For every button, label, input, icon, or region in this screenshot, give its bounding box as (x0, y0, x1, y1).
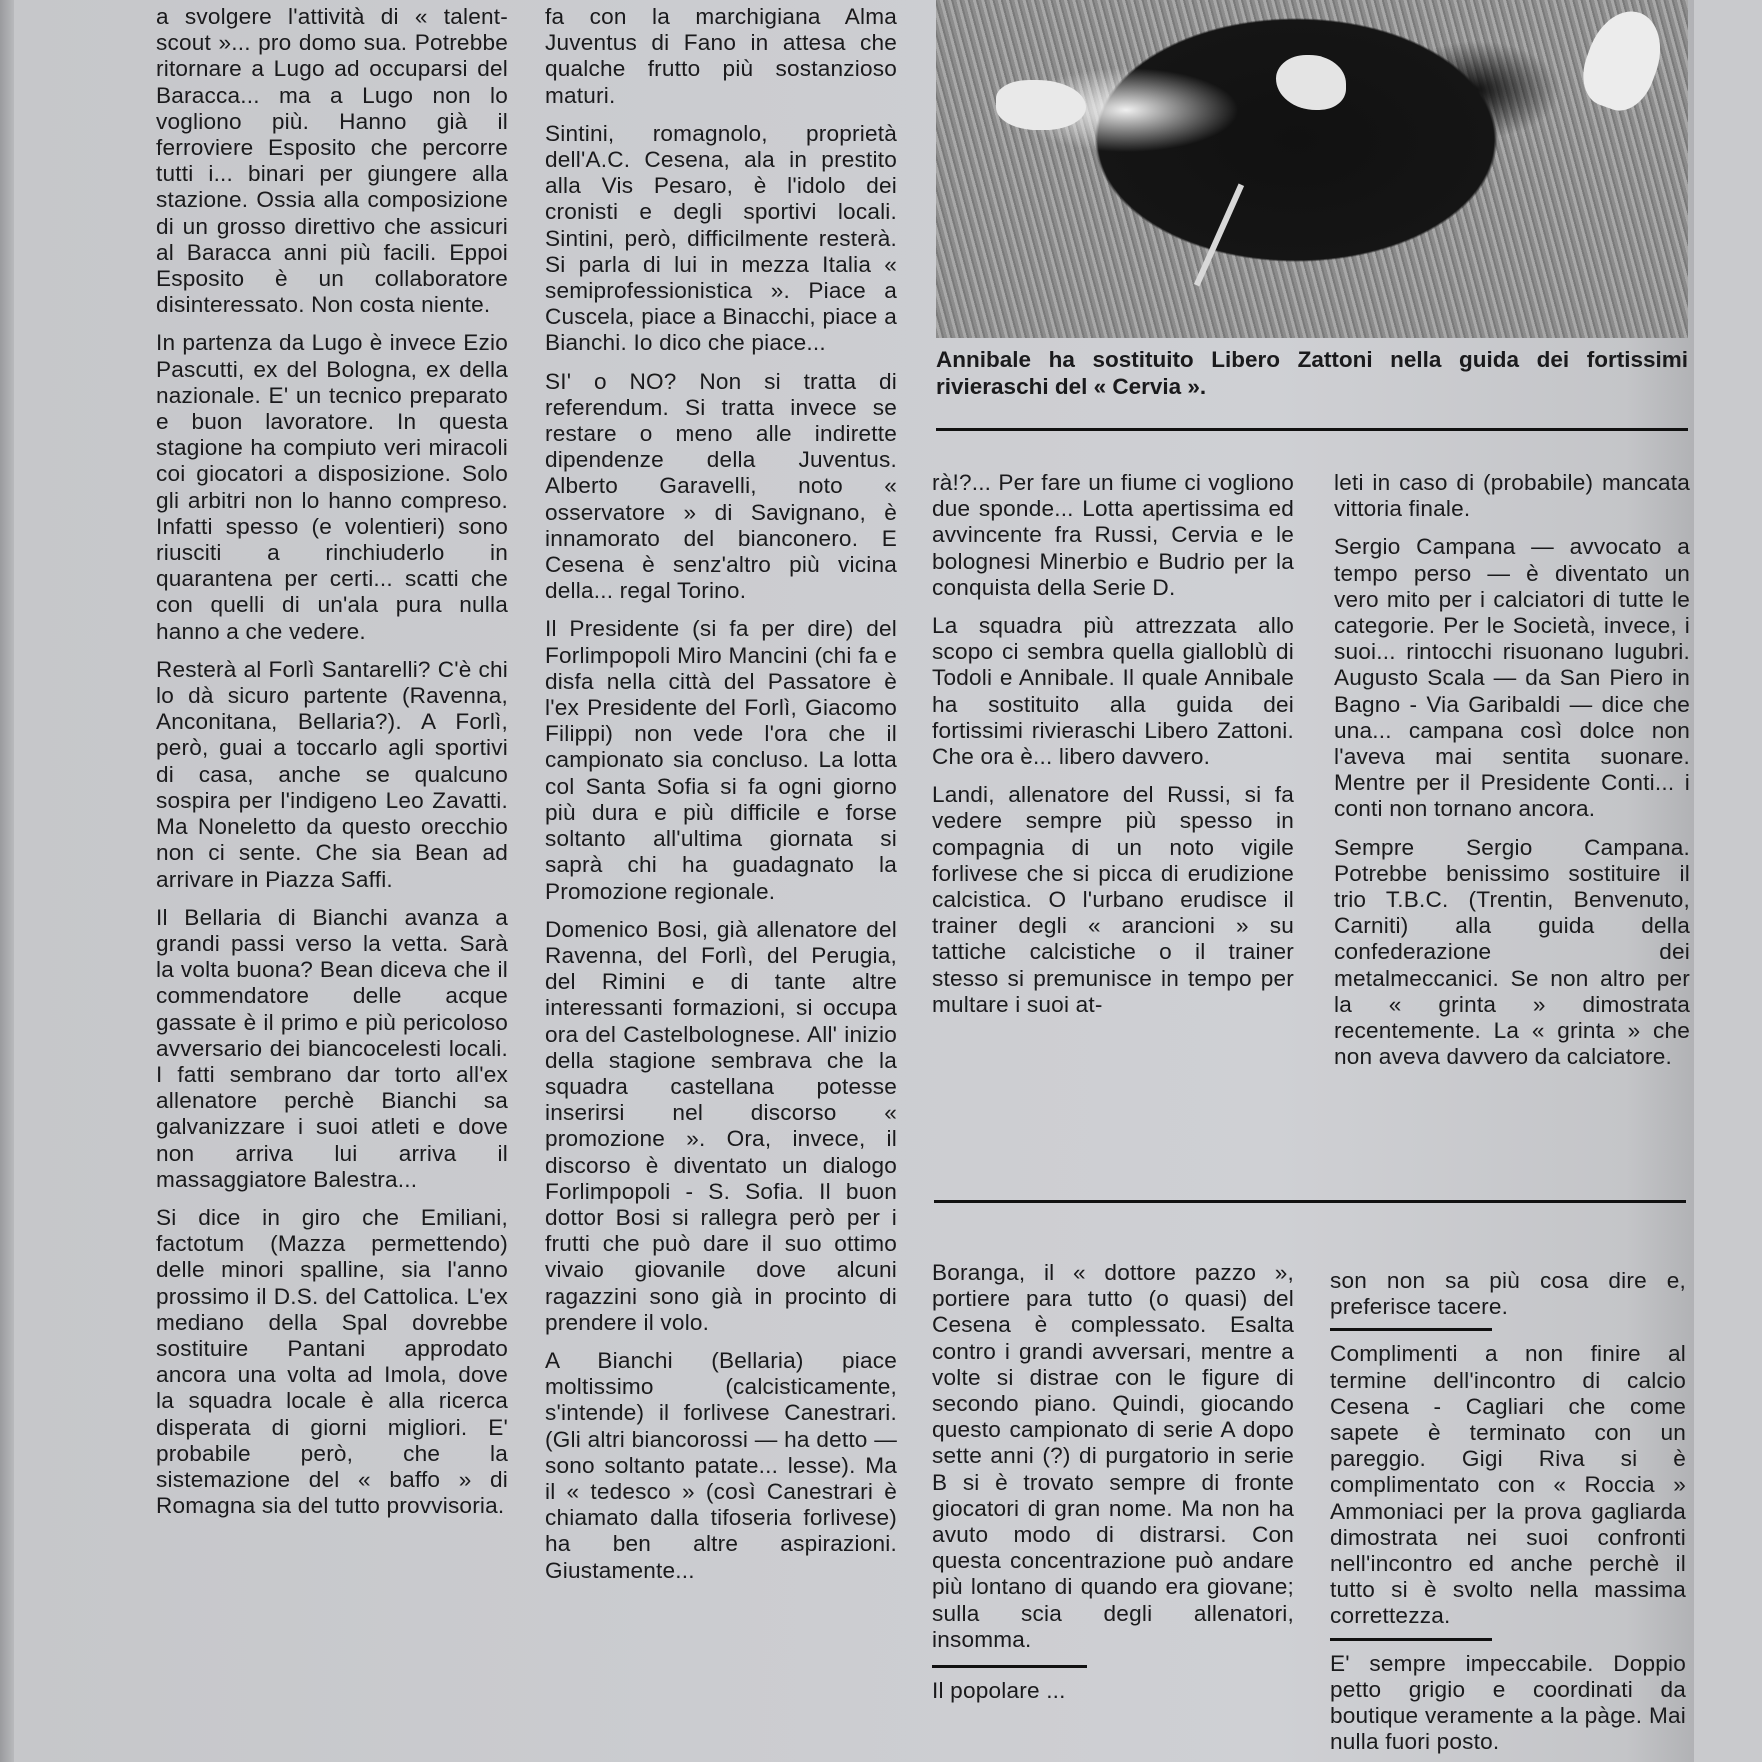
paragraph: SI' o NO? Non si tratta di referendum. S… (545, 369, 897, 605)
column-4-middle: leti in caso di (probabile) mancata vitt… (1334, 470, 1690, 1082)
page-spine (0, 0, 14, 1762)
paragraph: Sergio Campana — avvocato a tempo perso … (1334, 534, 1690, 822)
paragraph-divider (932, 1665, 1087, 1668)
paragraph: In partenza da Lugo è invece Ezio Pascut… (156, 330, 508, 644)
photo-caption: Annibale ha sostituito Libero Zattoni ne… (936, 346, 1688, 400)
paragraph-divider (1330, 1638, 1492, 1641)
section-divider (934, 1200, 1686, 1203)
paragraph: a svolgere l'attività di « talent-scout … (156, 4, 508, 318)
photo-shoe (1573, 1, 1673, 119)
paragraph: Sempre Sergio Campana. Potrebbe benissim… (1334, 835, 1690, 1071)
paragraph: A Bianchi (Bellaria) piace moltissimo (c… (545, 1348, 897, 1584)
photo-annibale (936, 0, 1688, 338)
paragraph: Il popolare ... (932, 1678, 1294, 1704)
photo-tracksuit-stripe (1194, 184, 1244, 287)
section-divider (936, 428, 1688, 431)
column-1: a svolgere l'attività di « talent-scout … (156, 4, 508, 1531)
paragraph: leti in caso di (probabile) mancata vitt… (1334, 470, 1690, 522)
paragraph: La squadra più attrezzata allo scopo ci … (932, 613, 1294, 770)
paragraph: E' sempre impeccabile. Doppio petto grig… (1330, 1651, 1686, 1756)
column-4-bottom: son non sa più cosa dire e, preferisce t… (1330, 1268, 1686, 1762)
paragraph: Domenico Bosi, già allenatore del Ravenn… (545, 917, 897, 1336)
paragraph: Resterà al Forlì Santarelli? C'è chi lo … (156, 657, 508, 893)
paragraph: Boranga, il « dottore pazzo », portiere … (932, 1260, 1294, 1653)
paragraph: Il Bellaria di Bianchi avanza a grandi p… (156, 905, 508, 1193)
paragraph-divider (1330, 1328, 1492, 1331)
paragraph: Landi, allenatore del Russi, si fa veder… (932, 782, 1294, 1018)
column-3-bottom: Boranga, il « dottore pazzo », portiere … (932, 1260, 1294, 1716)
paragraph: Sintini, romagnolo, proprietà dell'A.C. … (545, 121, 897, 357)
photo-hand-left (996, 80, 1086, 130)
paragraph: Il Presidente (si fa per dire) del Forli… (545, 616, 897, 904)
paragraph: Complimenti a non finire al termine dell… (1330, 1341, 1686, 1629)
paragraph: Si dice in giro che Emiliani, factotum (… (156, 1205, 508, 1519)
paragraph: fa con la marchigiana Alma Juventus di F… (545, 4, 897, 109)
column-2: fa con la marchigiana Alma Juventus di F… (545, 4, 897, 1596)
column-3-middle: rà!?... Per fare un fiume ci vogliono du… (932, 470, 1294, 1030)
paragraph: rà!?... Per fare un fiume ci vogliono du… (932, 470, 1294, 601)
paragraph: son non sa più cosa dire e, preferisce t… (1330, 1268, 1686, 1320)
photo-hand-right (1276, 55, 1346, 110)
